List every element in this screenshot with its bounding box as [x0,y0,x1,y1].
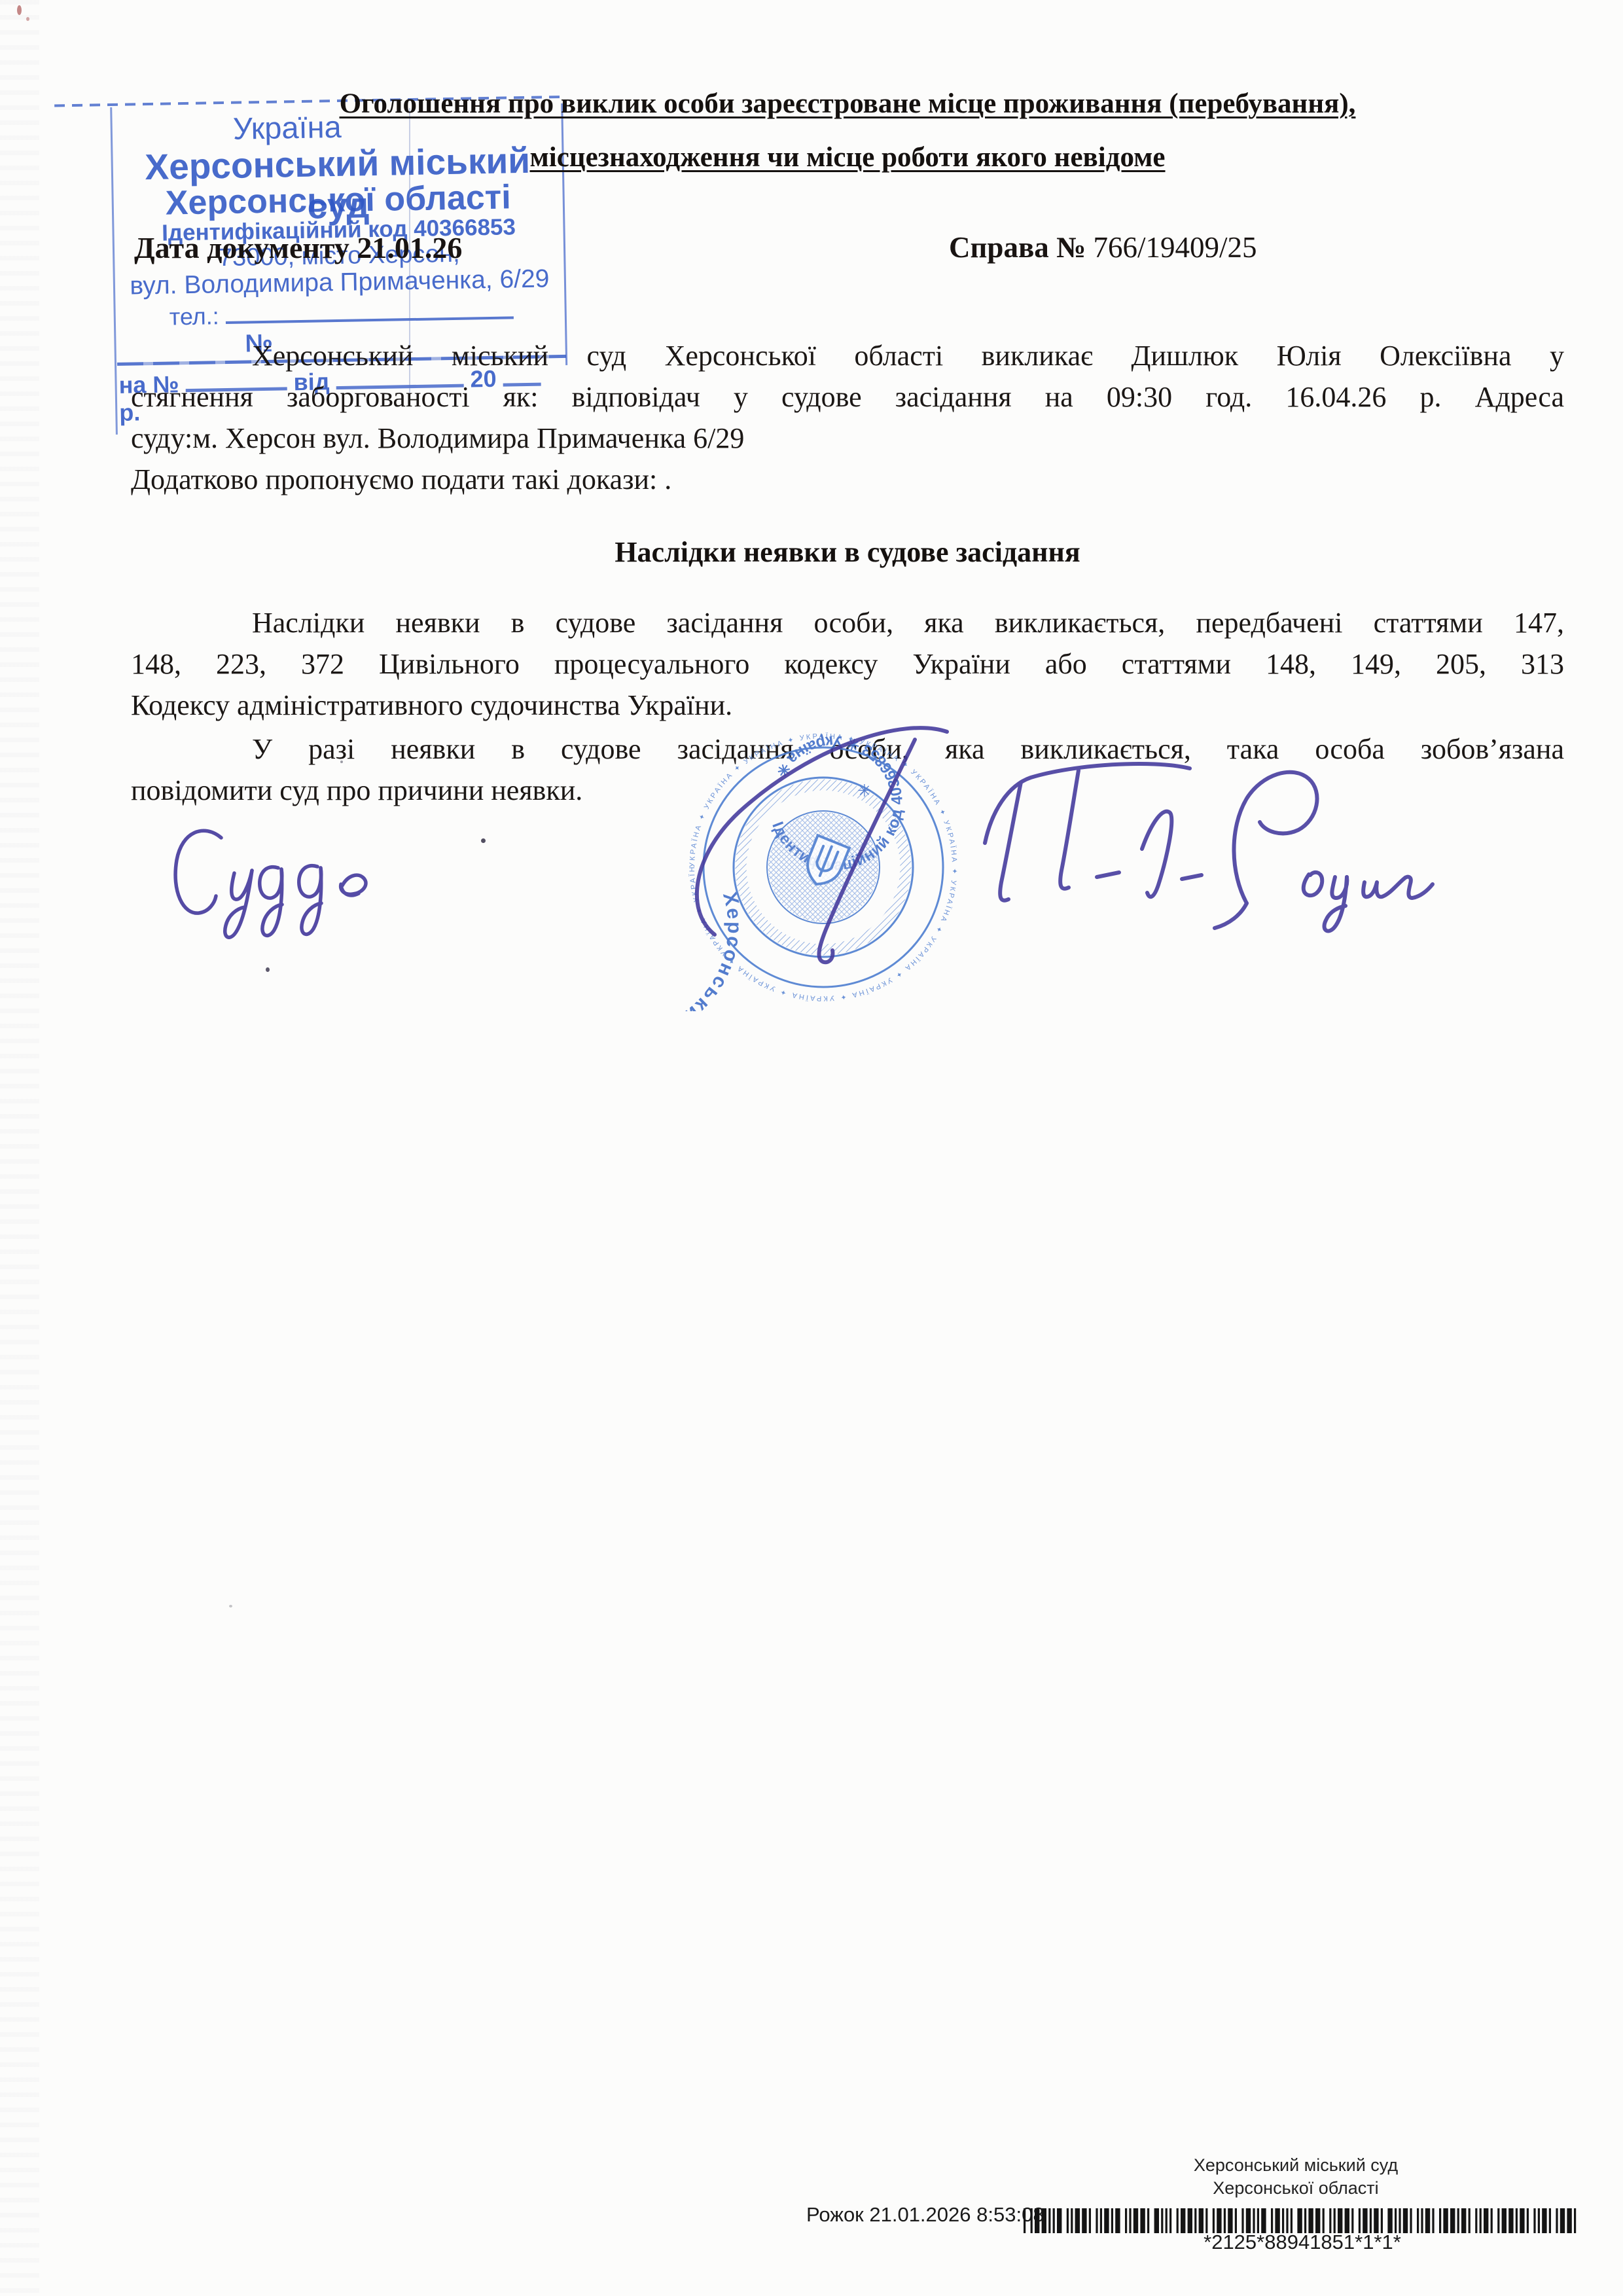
consequences-paragraph: Наслідки неявки в судове засідання особи… [131,602,1564,726]
title-line-2: місцезнаходження чи місце роботи якого н… [131,131,1564,185]
scan-speck [266,967,270,972]
body-line: Кодексу адміністративного судочинства Ук… [131,685,1564,726]
footer-court-name: Херсонський міський суд Херсонської обла… [1113,2154,1479,2200]
document-date: Дата документу 21.01.26 [134,230,462,265]
scan-speck [340,761,343,763]
court-round-seal: УКРАЇНА ✦ УКРАЇНА ✦ УКРАЇНА ✦ УКРАЇНА ✦ … [679,723,967,1011]
footer-print-info: Рожок 21.01.2026 8:53:08 [806,2203,1044,2227]
scan-edge-noise [0,0,39,2296]
scan-speck [229,1605,232,1607]
stamp-phone-row: тел.: [169,296,514,331]
body-line: суду:м. Херсон вул. Володимира Примаченк… [131,418,1564,459]
body-line: Додатково пропонуємо подати такі докази:… [131,459,1564,500]
case-label: Справа № [949,231,1086,264]
summons-paragraph: Херсонський міський суд Херсонської обла… [131,335,1564,500]
stamp-phone-blank-line [225,296,514,324]
barcode [1022,2208,1580,2233]
barcode-text: *2125*88941851*1*1* [1022,2231,1582,2254]
body-line: стягнення заборгованості як: відповідач … [131,376,1564,418]
handwritten-judge-label [157,818,419,969]
scanned-court-document: Оголошення про виклик особи зареєстрован… [0,0,1623,2296]
stamp-phone-label: тел.: [169,302,219,330]
body-line: Херсонський міський суд Херсонської обла… [131,335,1564,376]
section-heading: Наслідки неявки в судове засідання [131,535,1564,569]
document-title: Оголошення про виклик особи зареєстрован… [131,77,1564,185]
scan-speck [481,838,486,843]
body-line: Наслідки неявки в судове засідання особи… [131,602,1564,643]
body-line: 148, 223, 372 Цивільного процесуального … [131,643,1564,685]
title-line-1: Оголошення про виклик особи зареєстрован… [131,77,1564,131]
svg-text:Херсонський міський суд Херсон: Херсонський міський суд Херсонської обла… [679,806,745,1011]
case-number-line: Справа № 766/19409/25 [949,230,1257,264]
footer-court-line-1: Херсонський міський суд [1113,2154,1479,2177]
case-number: 766/19409/25 [1093,231,1257,264]
scan-speck [26,17,29,21]
footer-court-line-2: Херсонської області [1113,2177,1479,2200]
scan-speck [17,5,22,15]
seal-outer-text: Херсонський міський суд Херсонської обла… [679,806,745,1011]
seal-star-icon: ✳ [857,781,872,800]
